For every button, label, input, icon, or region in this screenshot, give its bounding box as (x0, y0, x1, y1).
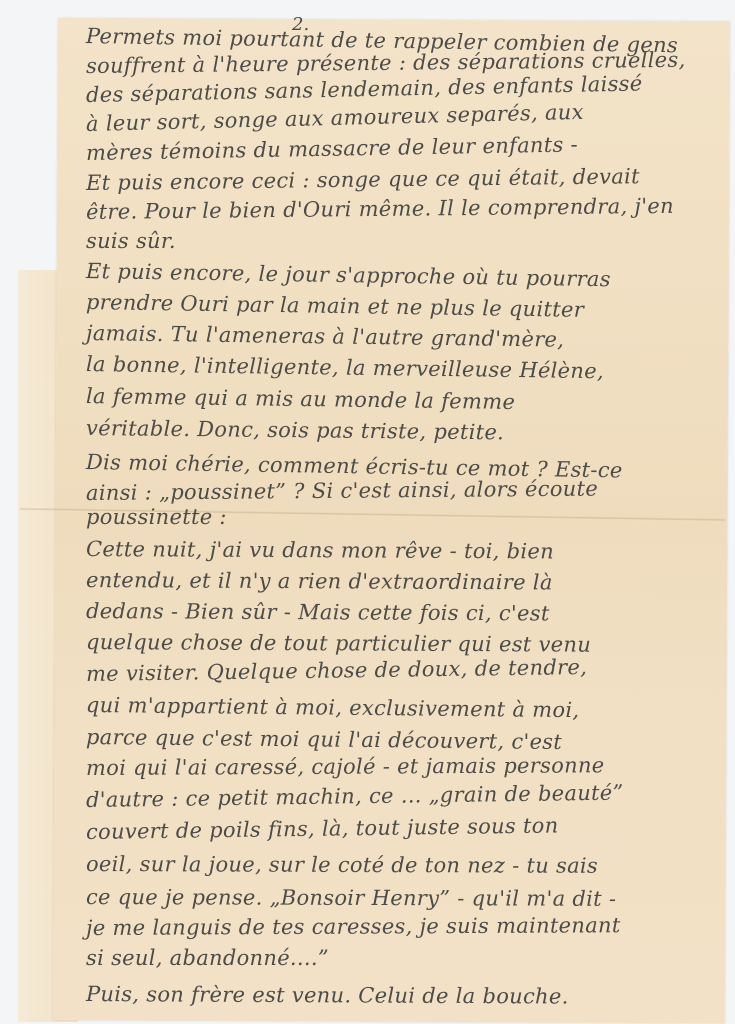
text-line: Cette nuit, j'ai vu dans mon rêve - toi,… (86, 537, 554, 563)
text-line: ce que je pense. „Bonsoir Henry” - qu'il… (86, 885, 616, 911)
text-line: qui m'appartient à moi, exclusivement à … (86, 693, 580, 722)
text-line: dedans - Bien sûr - Mais cette fois ci, … (86, 599, 550, 625)
letter-page: 2. Permets moi pourtant de te rappeler c… (10, 10, 725, 1010)
text-line: je me languis de tes caresses, je suis m… (86, 913, 621, 940)
text-line: ainsi : „poussinet” ? Si c'est ainsi, al… (86, 477, 598, 505)
text-line: entendu, et il n'y a rien d'extraordinai… (86, 568, 553, 594)
text-line: si seul, abandonné....” (86, 946, 329, 970)
text-line: parce que c'est moi qui l'ai découvert, … (86, 725, 562, 754)
text-line: véritable. Donc, sois pas triste, petite… (86, 416, 504, 444)
text-line: poussinette : (86, 505, 227, 529)
text-line: oeil, sur la joue, sur le coté de ton ne… (86, 852, 598, 878)
text-line: moi qui l'ai caressé, cajolé - et jamais… (86, 753, 605, 780)
text-line: Puis, son frère est venu. Celui de la bo… (86, 982, 569, 1009)
text-line: quelque chose de tout particulier qui es… (86, 630, 591, 657)
text-line: suis sûr. (86, 229, 176, 253)
